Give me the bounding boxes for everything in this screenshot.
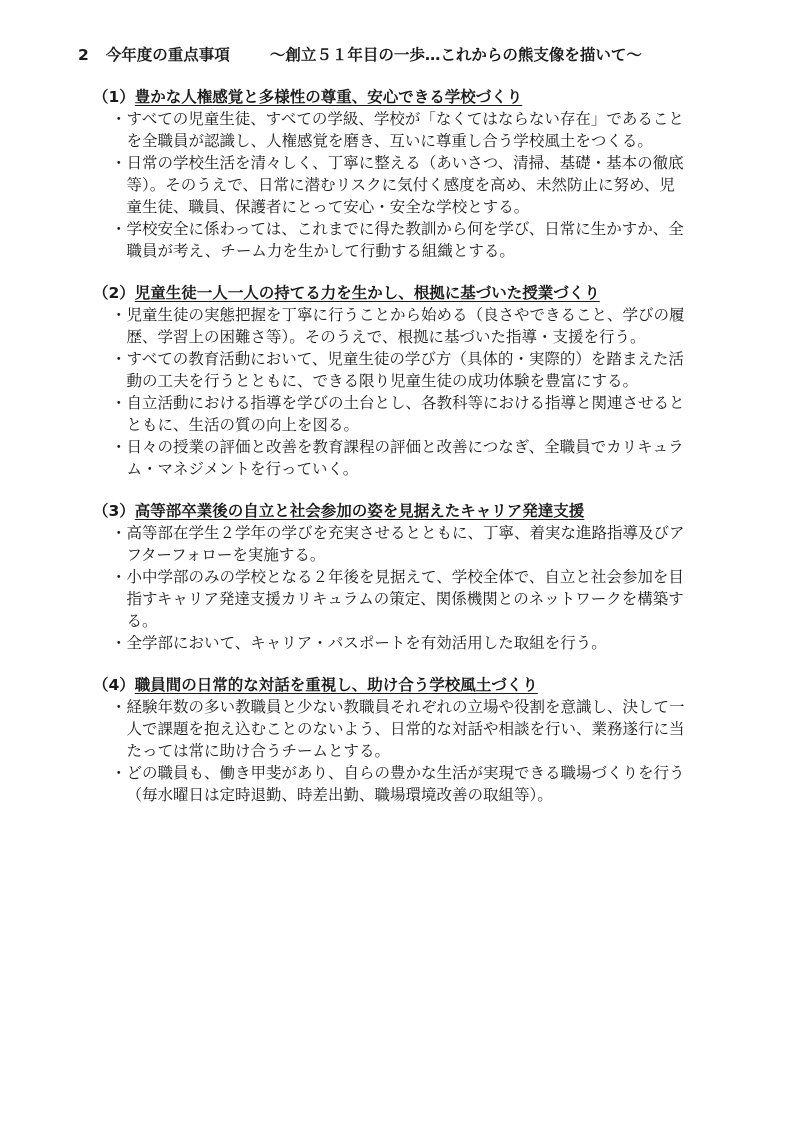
bullet-item: ・全学部において、キャリア・パスポートを有効活用した取組を行う。 bbox=[111, 632, 725, 654]
section-4: （4）職員間の日常的な対話を重視し、助け合う学校風土づくり ・経験年数の多い教職… bbox=[93, 674, 726, 806]
section-3-label: （3） bbox=[93, 502, 135, 520]
bullet-item: ・日常の学校生活を清々しく、丁寧に整える（あいさつ、清掃、基礎・基本の徹底 等）… bbox=[111, 152, 725, 218]
document-content: 2今年度の重点事項～創立５１年目の一歩…これからの熊支像を描いて～ （1）豊かな… bbox=[78, 44, 726, 806]
section-4-heading: （4）職員間の日常的な対話を重視し、助け合う学校風土づくり bbox=[93, 674, 726, 696]
bullet-item: ・どの職員も、働き甲斐があり、自らの豊かな生活が実現できる職場づくりを行う （毎… bbox=[111, 762, 725, 806]
bullet-item: ・児童生徒の実態把握を丁寧に行うことから始める（良さやできること、学びの履 歴、… bbox=[111, 304, 725, 348]
section-4-label: （4） bbox=[93, 676, 135, 694]
doc-heading: 2今年度の重点事項～創立５１年目の一歩…これからの熊支像を描いて～ bbox=[78, 44, 726, 66]
bullet-item: ・日々の授業の評価と改善を教育課程の評価と改善につなぎ、全職員でカリキュラ ム・… bbox=[111, 436, 725, 480]
section-4-title: 職員間の日常的な対話を重視し、助け合う学校風土づくり bbox=[135, 676, 538, 694]
section-1-title: 豊かな人権感覚と多様性の尊重、安心できる学校づくり bbox=[135, 88, 523, 106]
section-2-heading: （2）児童生徒一人一人の持てる力を生かし、根拠に基づいた授業づくり bbox=[93, 282, 726, 304]
section-2-bullets: ・児童生徒の実態把握を丁寧に行うことから始める（良さやできること、学びの履 歴、… bbox=[111, 304, 725, 480]
bullet-item: ・学校安全に係わっては、これまでに得た教訓から何を学び、日常に生かすか、全 職員… bbox=[111, 218, 725, 262]
bullet-item: ・自立活動における指導を学びの土台とし、各教科等における指導と関連させると とも… bbox=[111, 392, 725, 436]
section-3-heading: （3）高等部卒業後の自立と社会参加の姿を見据えたキャリア発達支援 bbox=[93, 500, 726, 522]
heading-number: 2 bbox=[78, 44, 89, 66]
section-3: （3）高等部卒業後の自立と社会参加の姿を見据えたキャリア発達支援 ・高等部在学生… bbox=[93, 500, 726, 654]
bullet-item: ・高等部在学生２学年の学びを充実させるとともに、丁寧、着実な進路指導及びア フタ… bbox=[111, 522, 725, 566]
heading-subtitle: ～創立５１年目の一歩…これからの熊支像を描いて～ bbox=[270, 44, 642, 66]
section-2-title: 児童生徒一人一人の持てる力を生かし、根拠に基づいた授業づくり bbox=[135, 284, 600, 302]
section-1-heading: （1）豊かな人権感覚と多様性の尊重、安心できる学校づくり bbox=[93, 86, 726, 108]
bullet-item: ・経験年数の多い教職員と少ない教職員それぞれの立場や役割を意識し、決して一 人で… bbox=[111, 696, 725, 762]
section-3-title: 高等部卒業後の自立と社会参加の姿を見据えたキャリア発達支援 bbox=[135, 502, 585, 520]
section-2: （2）児童生徒一人一人の持てる力を生かし、根拠に基づいた授業づくり ・児童生徒の… bbox=[93, 282, 726, 480]
section-1-bullets: ・すべての児童生徒、すべての学級、学校が「なくてはならない存在」であること を全… bbox=[111, 108, 725, 262]
heading-title: 今年度の重点事項 bbox=[106, 46, 230, 64]
section-4-bullets: ・経験年数の多い教職員と少ない教職員それぞれの立場や役割を意識し、決して一 人で… bbox=[111, 696, 725, 806]
section-1: （1）豊かな人権感覚と多様性の尊重、安心できる学校づくり ・すべての児童生徒、す… bbox=[93, 86, 726, 262]
section-3-bullets: ・高等部在学生２学年の学びを充実させるとともに、丁寧、着実な進路指導及びア フタ… bbox=[111, 522, 725, 654]
bullet-item: ・小中学部のみの学校となる２年後を見据えて、学校全体で、自立と社会参加を目 指す… bbox=[111, 566, 725, 632]
bullet-item: ・すべての児童生徒、すべての学級、学校が「なくてはならない存在」であること を全… bbox=[111, 108, 725, 152]
section-1-label: （1） bbox=[93, 88, 135, 106]
document-page: 2今年度の重点事項～創立５１年目の一歩…これからの熊支像を描いて～ （1）豊かな… bbox=[0, 0, 794, 1123]
bullet-item: ・すべての教育活動において、児童生徒の学び方（具体的・実際的）を踏まえた活 動の… bbox=[111, 348, 725, 392]
section-2-label: （2） bbox=[93, 284, 135, 302]
